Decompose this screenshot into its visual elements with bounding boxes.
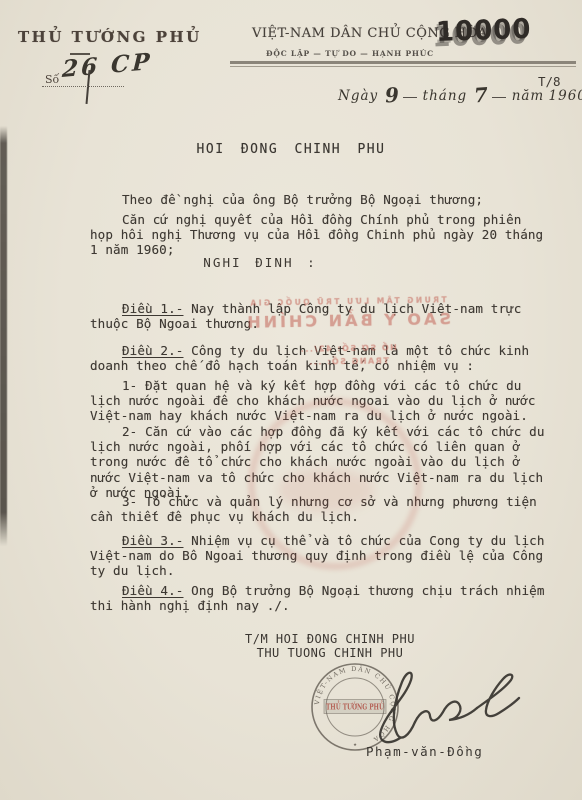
archive-stamp-line: HỒ SƠ SỐ: 42/... bbox=[226, 342, 470, 355]
issuer-heading: HOI ĐONG CHINH PHU bbox=[0, 142, 582, 157]
date-day-handwritten: 9 bbox=[385, 90, 400, 101]
archive-stamp-line: TRANG SỐ: ... bbox=[226, 355, 470, 368]
pagination-number-stamp: 10000 bbox=[435, 14, 532, 49]
document-page: THỦ TƯỚNG PHỦ Số 26 CP VIỆT-NAM DÂN CHỦ … bbox=[0, 0, 582, 800]
article-2-label: Điều 2.- bbox=[122, 343, 183, 358]
article-3-label: Điều 3.- bbox=[122, 533, 183, 548]
preamble-1: Theo đề nghị của ông Bộ trưởng Bộ Ngoại … bbox=[90, 192, 548, 207]
date-month-handwritten: 7 bbox=[474, 90, 489, 101]
decree-heading: NGHI ĐINH : bbox=[150, 255, 370, 270]
archive-stamp-line: TRUNG TÂM LƯU TRỮ QUỐC GIA bbox=[225, 295, 469, 308]
preamble-2: Căn cứ nghị quyết của Hồi đồng Chính phủ… bbox=[90, 212, 548, 258]
date-dash bbox=[492, 97, 506, 98]
on-behalf-line: T/M HOI ĐONG CHINH PHU bbox=[225, 633, 435, 647]
article-1-label: Điều 1.- bbox=[122, 301, 183, 316]
header-rule bbox=[230, 61, 576, 67]
reference-code: T/8 bbox=[538, 74, 561, 89]
date-month-label: tháng bbox=[423, 88, 468, 104]
date-year: 1960. bbox=[549, 88, 582, 104]
signer-name: Phạm-văn-Đồng bbox=[366, 744, 483, 759]
task-item-1-label: 1- bbox=[122, 378, 137, 393]
national-motto: ĐỘC LẬP — TỰ DO — HẠNH PHÚC bbox=[266, 49, 434, 58]
signer-title-line: THU TUONG CHINH PHU bbox=[225, 647, 435, 661]
issuing-office: THỦ TƯỚNG PHỦ bbox=[18, 28, 202, 46]
task-item-2-label: 2- bbox=[122, 424, 137, 439]
article-4-label: Điều 4.- bbox=[122, 583, 183, 598]
document-number-label: Số bbox=[45, 73, 59, 86]
task-item-3-label: 3- bbox=[122, 494, 137, 509]
date-line: Ngày 9 tháng 7 năm 1960. bbox=[338, 88, 582, 104]
number-dotted-line bbox=[42, 86, 124, 87]
round-stamp-bleed-blob bbox=[278, 468, 374, 512]
date-day-label: Ngày bbox=[338, 88, 378, 104]
archive-stamp-line: SAO Y BẢN CHÍNH bbox=[225, 309, 469, 332]
date-year-label: năm bbox=[512, 88, 545, 104]
signature-handwriting bbox=[348, 660, 523, 748]
closing-block: T/M HOI ĐONG CHINH PHU THU TUONG CHINH P… bbox=[225, 633, 435, 660]
article-4: Điều 4.- Ong Bộ trưởng Bộ Ngoại thương c… bbox=[90, 583, 548, 614]
archive-stamp-mirrored: TRUNG TÂM LƯU TRỮ QUỐC GIA SAO Y BẢN CHÍ… bbox=[225, 294, 471, 394]
date-dash bbox=[403, 97, 417, 98]
scan-edge-shadow bbox=[0, 126, 7, 546]
